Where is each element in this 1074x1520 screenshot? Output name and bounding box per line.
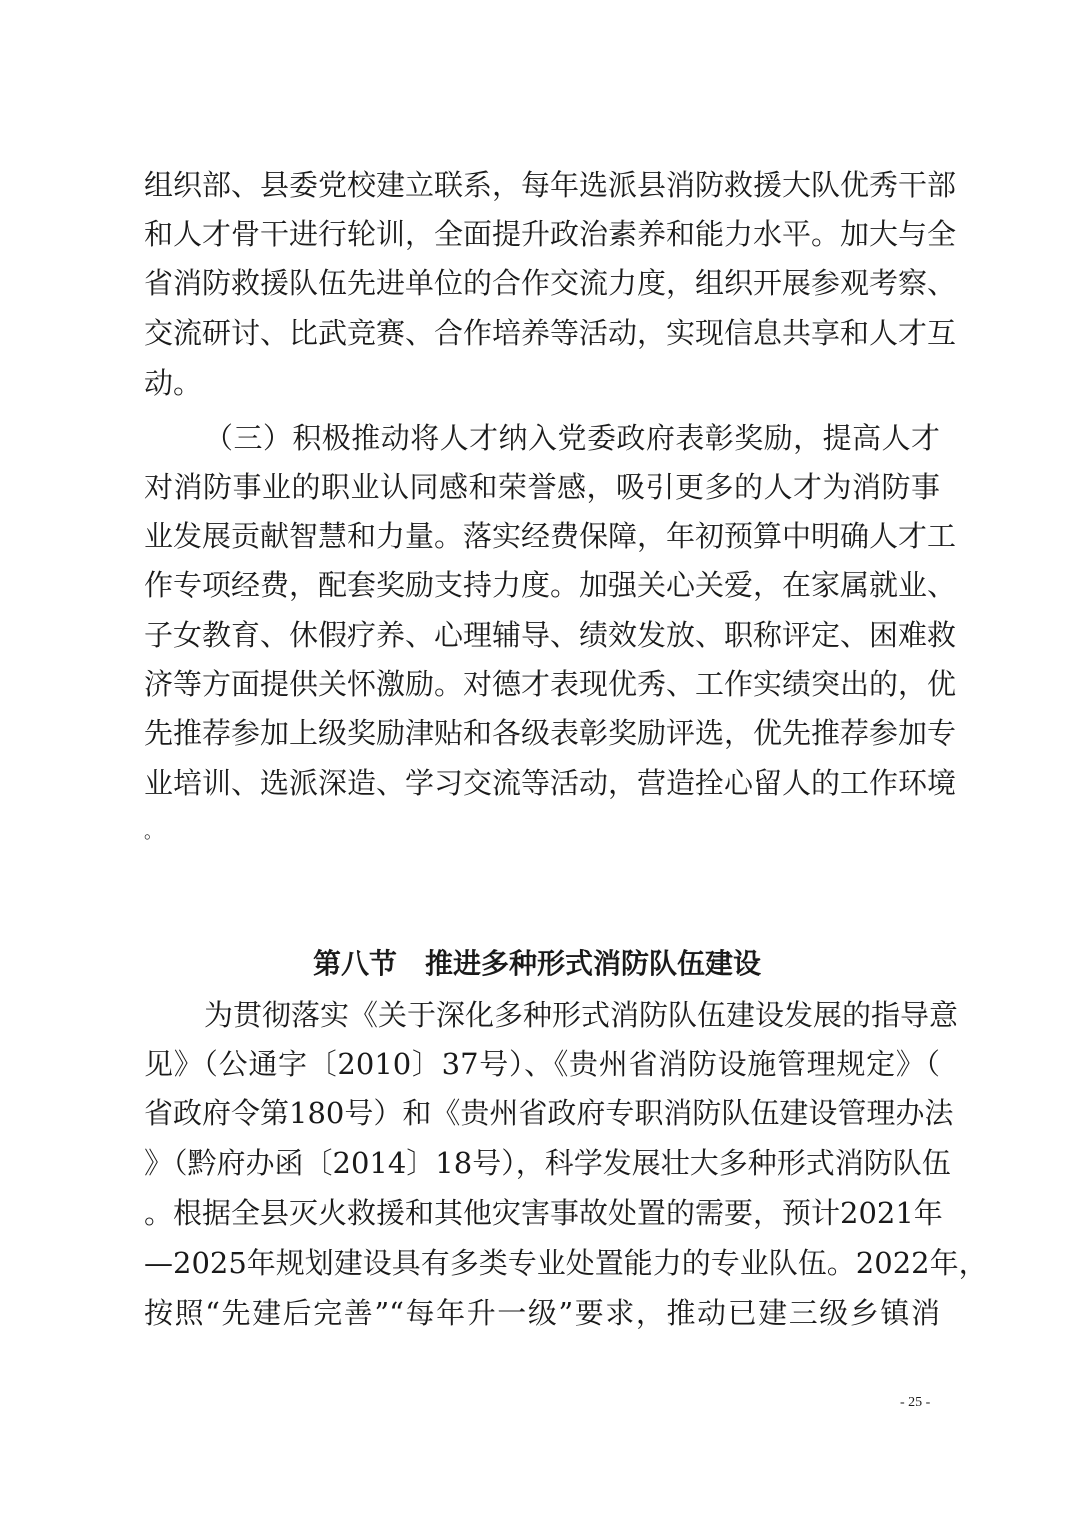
text-line: —2025年规划建设具有多类专业处置能力的专业队伍。2022年，	[144, 1245, 940, 1281]
text-line: 》（黔府办函〔2014〕18号），科学发展壮大多种形式消防队伍	[144, 1145, 940, 1181]
text-line: 作专项经费，配套奖励支持力度。加强关心关爱，在家属就业、	[144, 567, 940, 603]
text-line: 业培训、选派深造、学习交流等活动，营造拴心留人的工作环境	[144, 765, 940, 801]
text-line: 济等方面提供关怀激励。对德才表现优秀、工作实绩突出的，优	[144, 666, 940, 702]
text-line: 。根据全县灭火救援和其他灾害事故处置的需要，预计2021年	[144, 1195, 940, 1231]
text-line: 和人才骨干进行轮训，全面提升政治素养和能力水平。加大与全	[144, 216, 940, 252]
text-line: 动。	[144, 365, 940, 401]
text-line: （三）积极推动将人才纳入党委政府表彰奖励，提高人才	[204, 420, 940, 456]
text-line: 对消防事业的职业认同感和荣誉感，吸引更多的人才为消防事	[144, 469, 940, 505]
text-line: 交流研讨、比武竞赛、合作培养等活动，实现信息共享和人才互	[144, 315, 940, 351]
text-line: 组织部、县委党校建立联系，每年选派县消防救援大队优秀干部	[144, 167, 940, 203]
text-line: 。	[144, 815, 940, 851]
section-heading: 第八节 推进多种形式消防队伍建设	[0, 946, 1074, 982]
text-line: 先推荐参加上级奖励津贴和各级表彰奖励评选，优先推荐参加专	[144, 715, 940, 751]
text-line: 为贯彻落实《关于深化多种形式消防队伍建设发展的指导意	[204, 997, 940, 1033]
text-line: 见》（公通字〔2010〕37号）、《贵州省消防设施管理规定》（	[144, 1046, 940, 1082]
page-number: - 25 -	[900, 1395, 930, 1411]
text-line: 省消防救援队伍先进单位的合作交流力度，组织开展参观考察、	[144, 265, 940, 301]
text-line: 子女教育、休假疗养、心理辅导、绩效发放、职称评定、困难救	[144, 617, 940, 653]
text-line: 业发展贡献智慧和力量。落实经费保障，年初预算中明确人才工	[144, 518, 940, 554]
text-line: 省政府令第180号）和《贵州省政府专职消防队伍建设管理办法	[144, 1095, 940, 1131]
text-line: 按照“先建后完善”“每年升一级”要求，推动已建三级乡镇消	[144, 1295, 940, 1331]
